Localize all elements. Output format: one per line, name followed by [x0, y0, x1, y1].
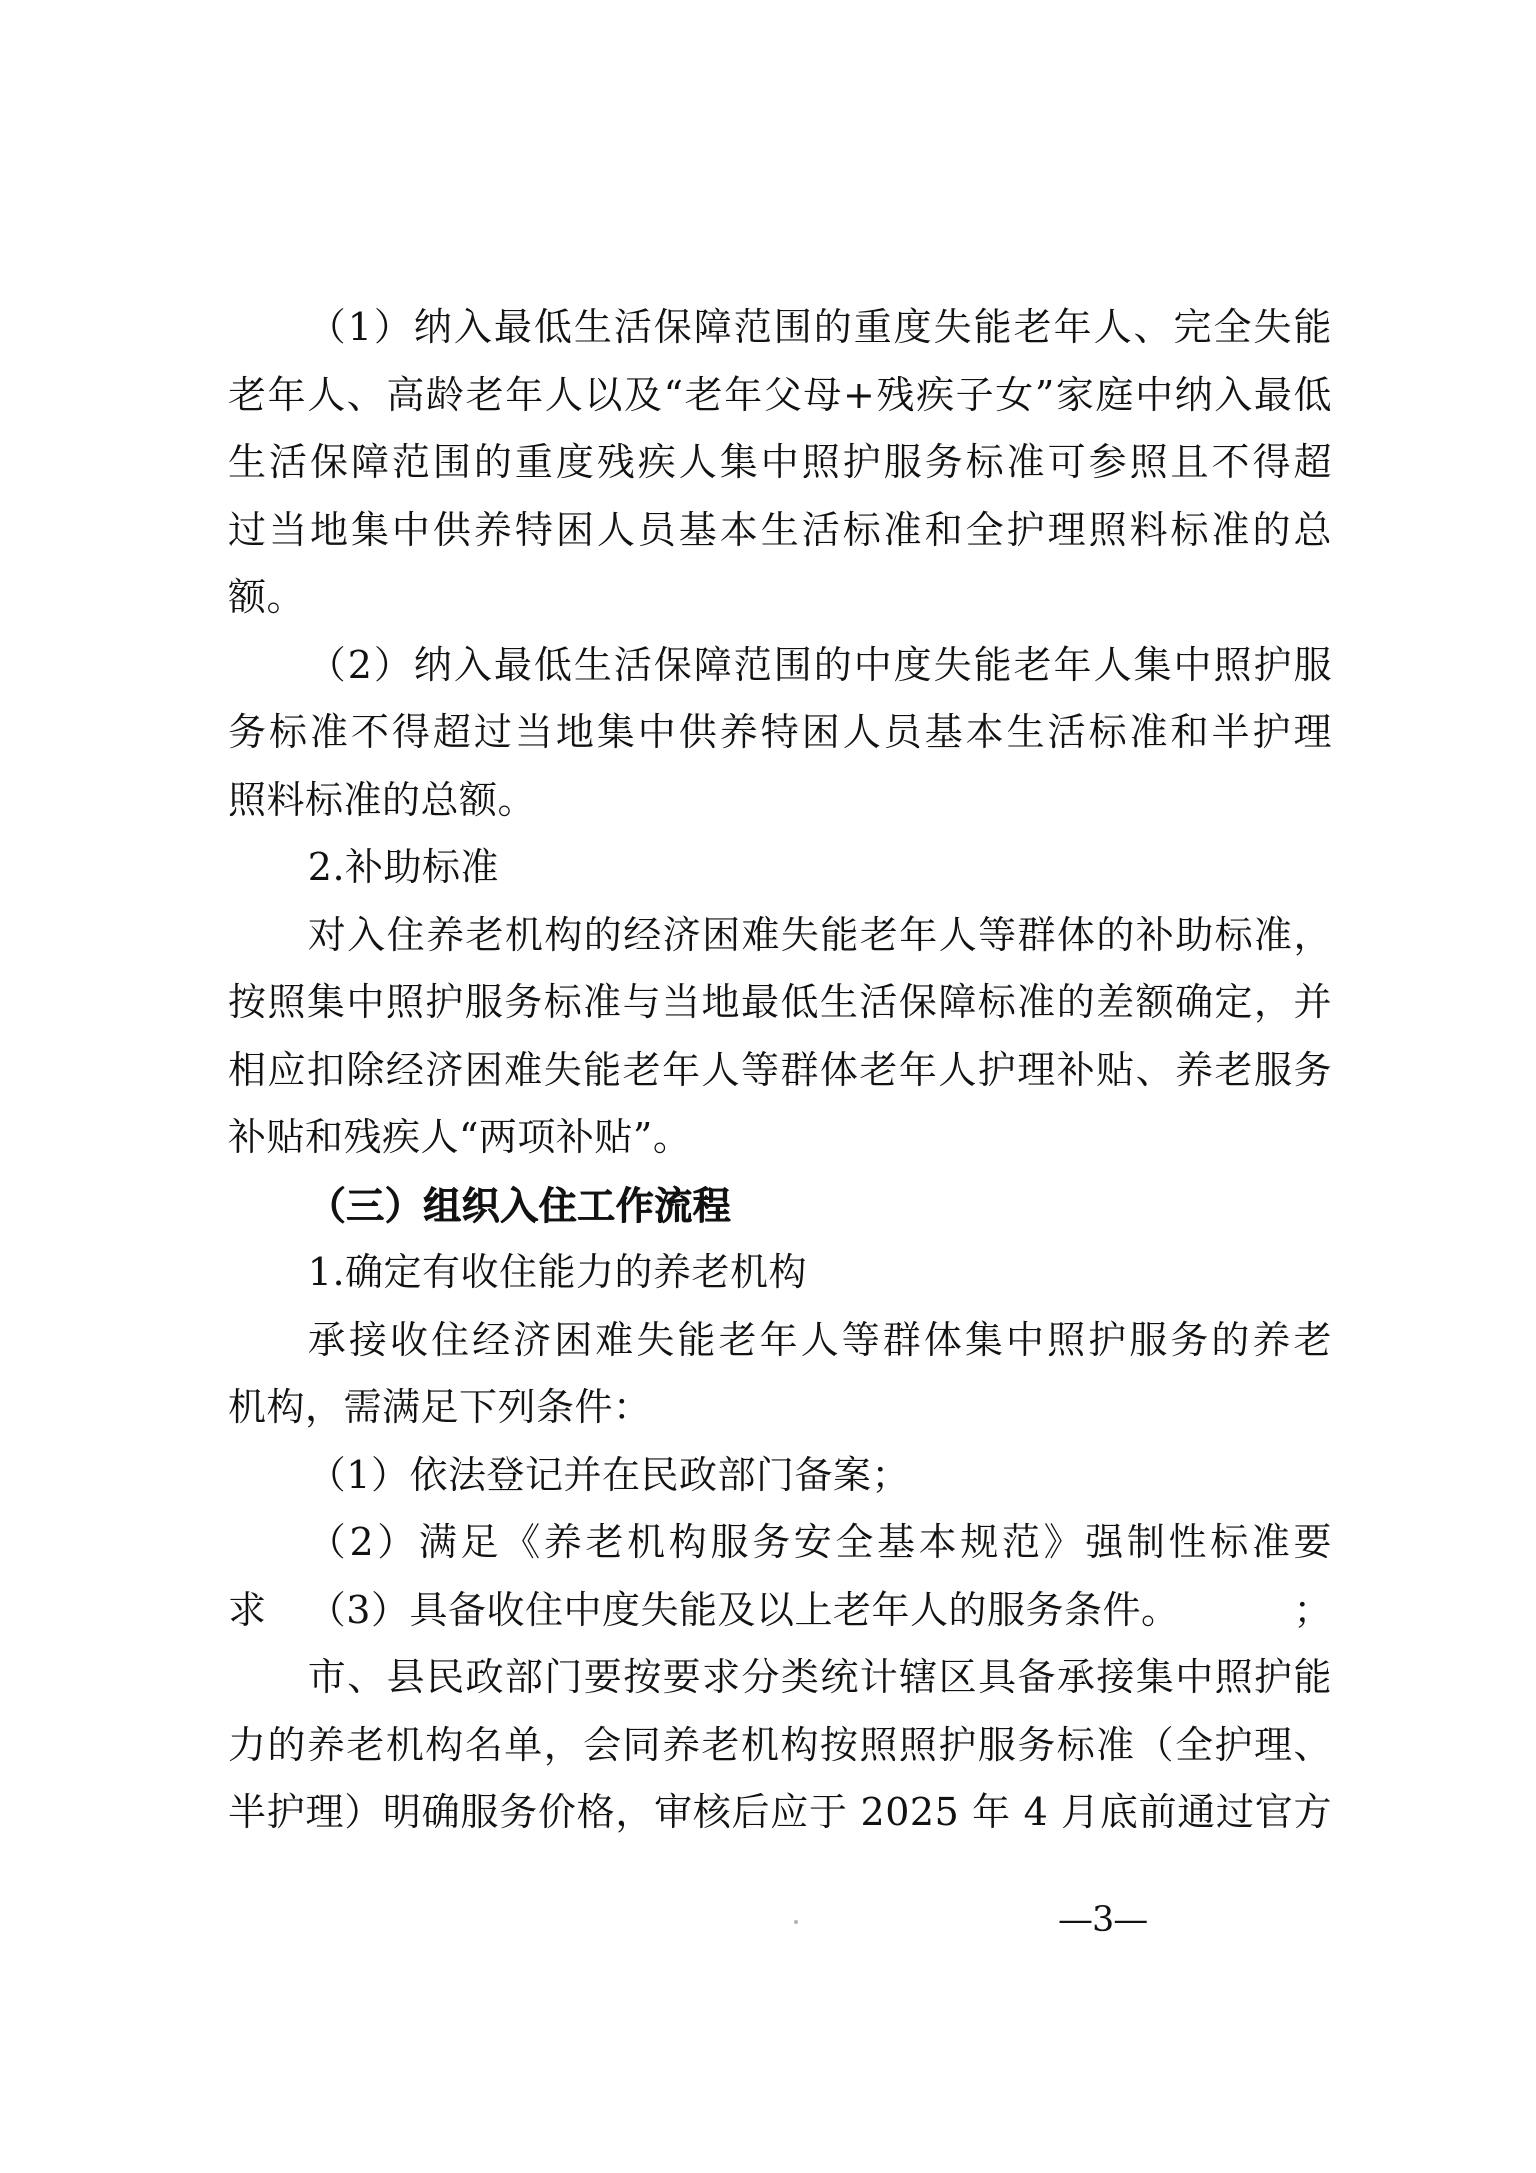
text-line: 额。 [228, 564, 1332, 632]
text-line: 力的养老机构名单，会同养老机构按照照护服务标准（全护理、 [228, 1712, 1332, 1780]
text-line: 务标准不得超过当地集中供养特困人员基本生活标准和半护理 [228, 699, 1332, 767]
document-page: （1）纳入最低生活保障范围的重度失能老年人、完全失能老年人、高龄老年人以及“老年… [0, 0, 1536, 2173]
text-line: 补贴和残疾人“两项补贴”。 [228, 1104, 1332, 1172]
text-line: （2）满足《养老机构服务安全基本规范》强制性标准要求； [228, 1509, 1332, 1577]
text-line: 2.补助标准 [228, 834, 1332, 902]
text-line: （1）依法登记并在民政部门备案； [228, 1442, 1332, 1510]
document-body: （1）纳入最低生活保障范围的重度失能老年人、完全失能老年人、高龄老年人以及“老年… [228, 294, 1332, 1847]
page-number: —3— [1058, 1898, 1147, 1942]
text-line: 1.确定有收住能力的养老机构 [228, 1239, 1332, 1307]
text-line: （1）纳入最低生活保障范围的重度失能老年人、完全失能 [228, 294, 1332, 362]
text-line: 半护理）明确服务价格，审核后应于 2025 年 4 月底前通过官方 [228, 1779, 1332, 1847]
text-line: 照料标准的总额。 [228, 767, 1332, 835]
page-footer: —3— [0, 1898, 1536, 1948]
scan-speck [794, 1920, 798, 1924]
text-line: 按照集中照护服务标准与当地最低生活保障标准的差额确定，并 [228, 969, 1332, 1037]
text-line: （2）纳入最低生活保障范围的中度失能老年人集中照护服 [228, 632, 1332, 700]
text-line: 机构，需满足下列条件： [228, 1374, 1332, 1442]
text-line: （3）具备收住中度失能及以上老年人的服务条件。 [228, 1577, 1332, 1645]
text-line: 承接收住经济困难失能老年人等群体集中照护服务的养老 [228, 1307, 1332, 1375]
text-line: 对入住养老机构的经济困难失能老年人等群体的补助标准， [228, 902, 1332, 970]
text-line: 市、县民政部门要按要求分类统计辖区具备承接集中照护能 [228, 1644, 1332, 1712]
text-line: 过当地集中供养特困人员基本生活标准和全护理照料标准的总 [228, 497, 1332, 565]
text-line: 老年人、高龄老年人以及“老年父母+残疾子女”家庭中纳入最低 [228, 362, 1332, 430]
text-line: （三）组织入住工作流程 [228, 1172, 1332, 1240]
text-line: 生活保障范围的重度残疾人集中照护服务标准可参照且不得超 [228, 429, 1332, 497]
text-line: 相应扣除经济困难失能老年人等群体老年人护理补贴、养老服务 [228, 1037, 1332, 1105]
